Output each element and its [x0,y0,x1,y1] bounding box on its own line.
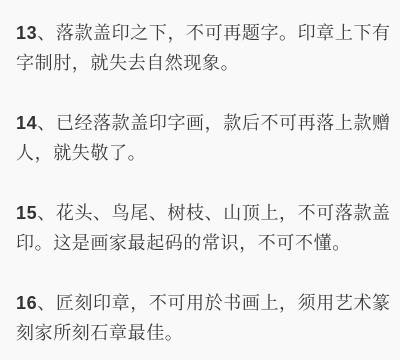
item-number: 15 [16,203,37,223]
item-separator: 、 [37,23,56,44]
item-text: 已经落款盖印字画，款后不可再落上款赠人，就失敬了。 [16,113,391,164]
item-number: 14 [16,113,37,133]
item-separator: 、 [37,293,56,314]
rule-item-16: 16、匠刻印章，不可用於书画上，须用艺术篆刻家所刻石章最佳。 [16,288,392,349]
item-text: 花头、鸟尾、树枝、山顶上，不可落款盖印。这是画家最起码的常识，不可不懂。 [16,203,391,254]
item-text: 匠刻印章，不可用於书画上，须用艺术篆刻家所刻石章最佳。 [16,293,391,344]
item-separator: 、 [37,203,56,224]
rule-item-15: 15、花头、鸟尾、树枝、山顶上，不可落款盖印。这是画家最起码的常识，不可不懂。 [16,198,392,259]
item-number: 16 [16,293,37,313]
rule-item-13: 13、落款盖印之下，不可再题字。印章上下有字制肘，就失去自然现象。 [16,18,392,79]
rule-item-14: 14、已经落款盖印字画，款后不可再落上款赠人，就失敬了。 [16,108,392,169]
item-number: 13 [16,23,37,43]
item-text: 落款盖印之下，不可再题字。印章上下有字制肘，就失去自然现象。 [16,23,391,74]
item-separator: 、 [37,113,56,134]
